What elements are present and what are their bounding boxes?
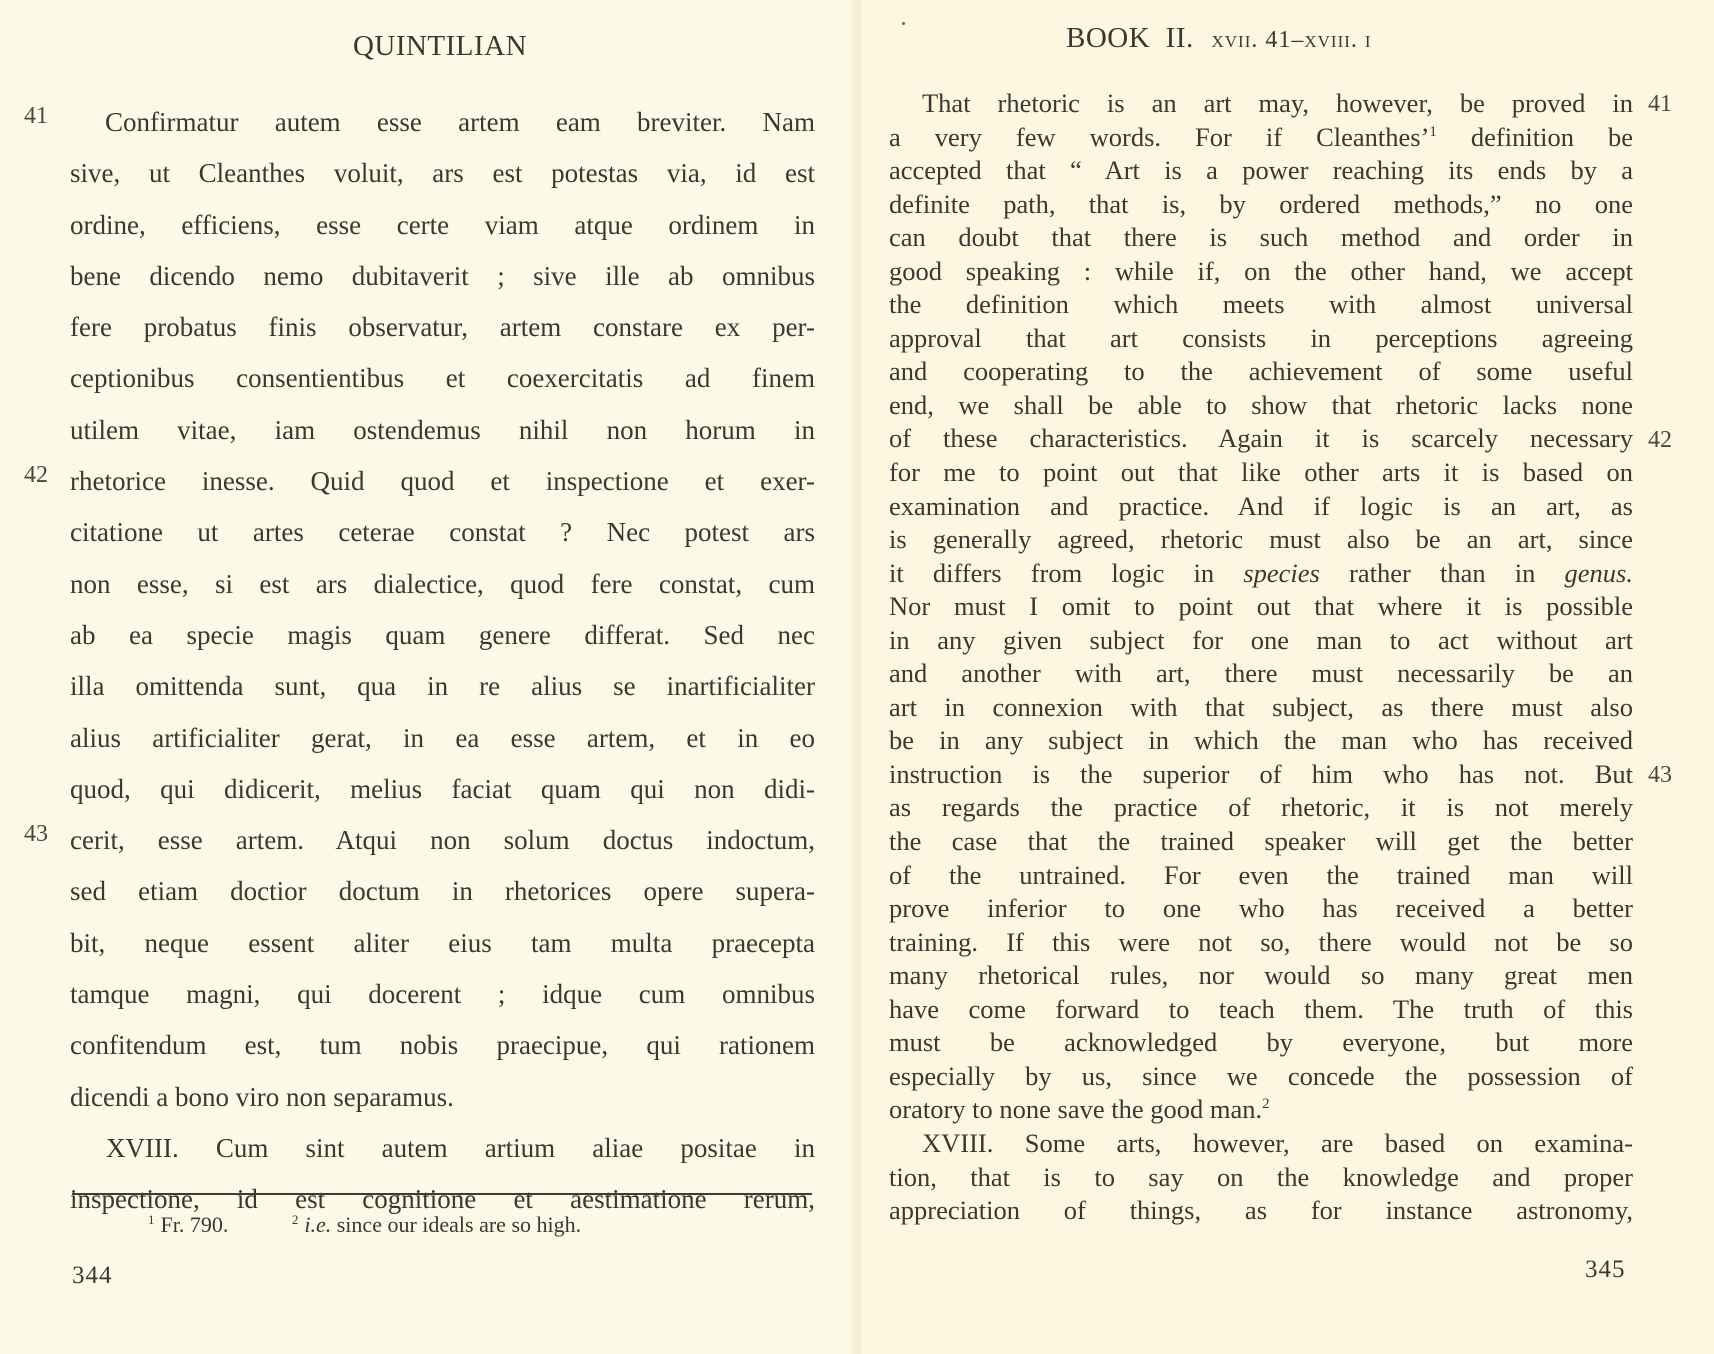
text-line: definite path, that is, by ordered metho… xyxy=(889,188,1633,222)
text-line: the case that the trained speaker will g… xyxy=(889,825,1633,859)
text-line: sed etiam doctior doctum in rhetorices o… xyxy=(70,866,815,917)
text-line: sive, ut Cleanthes voluit, ars est potes… xyxy=(70,148,815,199)
text-line: That rhetoric is an art may, however, be… xyxy=(889,87,1633,121)
text-line: be in any subject in which the man who h… xyxy=(889,724,1633,758)
book-gutter xyxy=(852,0,862,1354)
text-line: Nor must I omit to point out that where … xyxy=(889,590,1633,624)
footnote-rule xyxy=(72,1193,812,1195)
section-number-42: 42 xyxy=(1648,427,1672,454)
text-line: fere probatus finis observatur, artem co… xyxy=(70,302,815,353)
page-number-right: 345 xyxy=(1585,1256,1626,1284)
chapter-start-line: XVIII. Some arts, however, are based on … xyxy=(889,1127,1633,1161)
footnote-ref-1[interactable]: 1 xyxy=(1429,124,1437,140)
text-line: tamque magni, qui docerent ; idque cum o… xyxy=(70,969,815,1020)
running-head-section: XVII. 41–XVIII. I xyxy=(1212,27,1372,53)
text-line: appreciation of things, as for instance … xyxy=(889,1194,1633,1228)
text-line: instruction is the superior of him who h… xyxy=(889,758,1633,792)
text-line: must be acknowledged by everyone, but mo… xyxy=(889,1026,1633,1060)
text-line: many rhetorical rules, nor would so many… xyxy=(889,959,1633,993)
text-line: non esse, si est ars dialectice, quod fe… xyxy=(70,559,815,610)
text-line: good speaking : while if, on the other h… xyxy=(889,255,1633,289)
latin-text-block: Confirmatur autem esse artem eam brevite… xyxy=(70,97,815,1226)
text-line: of these characteristics. Again it is sc… xyxy=(889,422,1633,456)
text-line: accepted that “ Art is a power reaching … xyxy=(889,154,1633,188)
text-line: as regards the practice of rhetoric, it … xyxy=(889,791,1633,825)
text-line: illa omittenda sunt, qua in re alius se … xyxy=(70,661,815,712)
text-line: alius artificialiter gerat, in ea esse a… xyxy=(70,713,815,764)
text-line: a very few words. For if Cleanthes’1 def… xyxy=(889,121,1633,155)
section-number-42: 42 xyxy=(24,462,48,489)
section-number-41: 41 xyxy=(24,103,48,130)
text-line: is generally agreed, rhetoric must also … xyxy=(889,523,1633,557)
text-line: confitendum est, tum nobis praecipue, qu… xyxy=(70,1020,815,1071)
text-line: in any given subject for one man to act … xyxy=(889,624,1633,658)
text-line: bene dicendo nemo dubitaverit ; sive ill… xyxy=(70,251,815,302)
page-number-left: 344 xyxy=(72,1262,113,1290)
text-line: Confirmatur autem esse artem eam brevite… xyxy=(70,97,815,148)
running-head-right: BOOK II. XVII. 41–XVIII. I xyxy=(1066,22,1372,55)
text-line: ordine, efficiens, esse certe viam atque… xyxy=(70,200,815,251)
text-line: training. If this were not so, there wou… xyxy=(889,926,1633,960)
running-head-left: QUINTILIAN xyxy=(0,30,880,63)
text-line: tion, that is to say on the knowledge an… xyxy=(889,1161,1633,1195)
text-line: cerit, esse artem. Atqui non solum doctu… xyxy=(70,815,815,866)
text-line: quod, qui didicerit, melius faciat quam … xyxy=(70,764,815,815)
text-line: especially by us, since we concede the p… xyxy=(889,1060,1633,1094)
text-line: ab ea specie magis quam genere differat.… xyxy=(70,610,815,661)
text-line: ceptionibus consentientibus et coexercit… xyxy=(70,353,815,404)
text-line: prove inferior to one who has received a… xyxy=(889,892,1633,926)
text-line: it differs from logic in species rather … xyxy=(889,557,1633,591)
section-number-43: 43 xyxy=(1648,762,1672,789)
text-line: bit, neque essent aliter eius tam multa … xyxy=(70,918,815,969)
translation-text-block: That rhetoric is an art may, however, be… xyxy=(889,87,1633,1228)
text-line: and another with art, there must necessa… xyxy=(889,657,1633,691)
running-head-book: BOOK II. xyxy=(1066,22,1194,54)
text-line: for me to point out that like other arts… xyxy=(889,456,1633,490)
footnote-ref-2[interactable]: 2 xyxy=(1262,1096,1270,1112)
text-line: oratory to none save the good man.2 xyxy=(889,1093,1633,1127)
text-line: end, we shall be able to show that rheto… xyxy=(889,389,1633,423)
chapter-start-line: XVIII. Cum sint autem artium aliae posit… xyxy=(70,1123,815,1174)
text-line: and cooperating to the achievement of so… xyxy=(889,355,1633,389)
footnote-2: 2i.e. since our ideals are so high. xyxy=(292,1212,581,1237)
text-line: of the untrained. For even the trained m… xyxy=(889,859,1633,893)
text-line: utilem vitae, iam ostendemus nihil non h… xyxy=(70,405,815,456)
text-line: have come forward to teach them. The tru… xyxy=(889,993,1633,1027)
text-line: citatione ut artes ceterae constat ? Nec… xyxy=(70,507,815,558)
section-number-41: 41 xyxy=(1648,91,1672,118)
scan-speck xyxy=(902,22,905,25)
footnote-1: 1Fr. 790. xyxy=(148,1212,228,1237)
text-line: can doubt that there is such method and … xyxy=(889,221,1633,255)
section-number-43: 43 xyxy=(24,821,48,848)
text-line: rhetorice inesse. Quid quod et inspectio… xyxy=(70,456,815,507)
text-line: the definition which meets with almost u… xyxy=(889,288,1633,322)
text-line: examination and practice. And if logic i… xyxy=(889,490,1633,524)
text-line: dicendi a bono viro non separamus. xyxy=(70,1072,815,1123)
text-line: art in connexion with that subject, as t… xyxy=(889,691,1633,725)
footnotes: 1Fr. 790. 2i.e. since our ideals are so … xyxy=(148,1212,581,1238)
text-line: approval that art consists in perception… xyxy=(889,322,1633,356)
